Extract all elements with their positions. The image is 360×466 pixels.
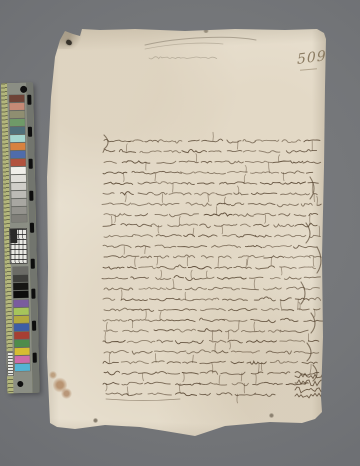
color-patch [11, 199, 26, 206]
color-patch [15, 356, 30, 363]
ink-stain [61, 388, 72, 399]
manuscript-page: 509 [45, 27, 326, 439]
scale-slot [31, 289, 35, 299]
color-patch [9, 103, 24, 110]
color-patch [13, 283, 28, 290]
color-patch [10, 119, 25, 126]
color-patch [14, 316, 29, 323]
color-patch [10, 143, 25, 150]
scale-slot [33, 353, 37, 363]
paper-speck [203, 29, 209, 33]
photo-stage: 509 [0, 0, 360, 466]
resolution-target-dark-block [10, 229, 17, 243]
color-patch [15, 348, 30, 355]
color-patch [13, 291, 28, 298]
color-patch [10, 135, 25, 142]
scale-slot [31, 259, 35, 269]
scale-slot [28, 127, 32, 137]
color-patch [11, 167, 26, 174]
color-patch [10, 111, 25, 118]
color-patch [11, 159, 26, 166]
color-patch [14, 324, 29, 331]
paper-speck [93, 418, 98, 423]
handwriting-layer [45, 27, 326, 439]
color-calibration-bar [1, 83, 39, 394]
color-patch [12, 215, 27, 222]
color-patch [13, 267, 28, 274]
color-patch [13, 275, 28, 282]
scale-slot [30, 223, 34, 233]
color-patch [10, 151, 25, 158]
color-patch [11, 183, 26, 190]
color-patch [11, 175, 26, 182]
scale-slot [27, 95, 31, 105]
ink-stain [49, 371, 57, 379]
scale-slot [29, 191, 33, 201]
color-patch [11, 191, 26, 198]
registration-dot-bottom [17, 381, 23, 387]
color-patch [12, 207, 27, 214]
paper-speck [269, 413, 274, 418]
color-patch [14, 332, 29, 339]
maker-label [7, 351, 15, 376]
color-patch [14, 340, 29, 347]
color-patch [10, 127, 25, 134]
scale-slot [29, 159, 33, 169]
scale-slot [32, 321, 36, 331]
color-patch [14, 300, 29, 307]
color-patch [15, 364, 30, 371]
color-patch [9, 95, 24, 102]
color-patch [14, 308, 29, 315]
folio-number: 509 [297, 49, 327, 67]
